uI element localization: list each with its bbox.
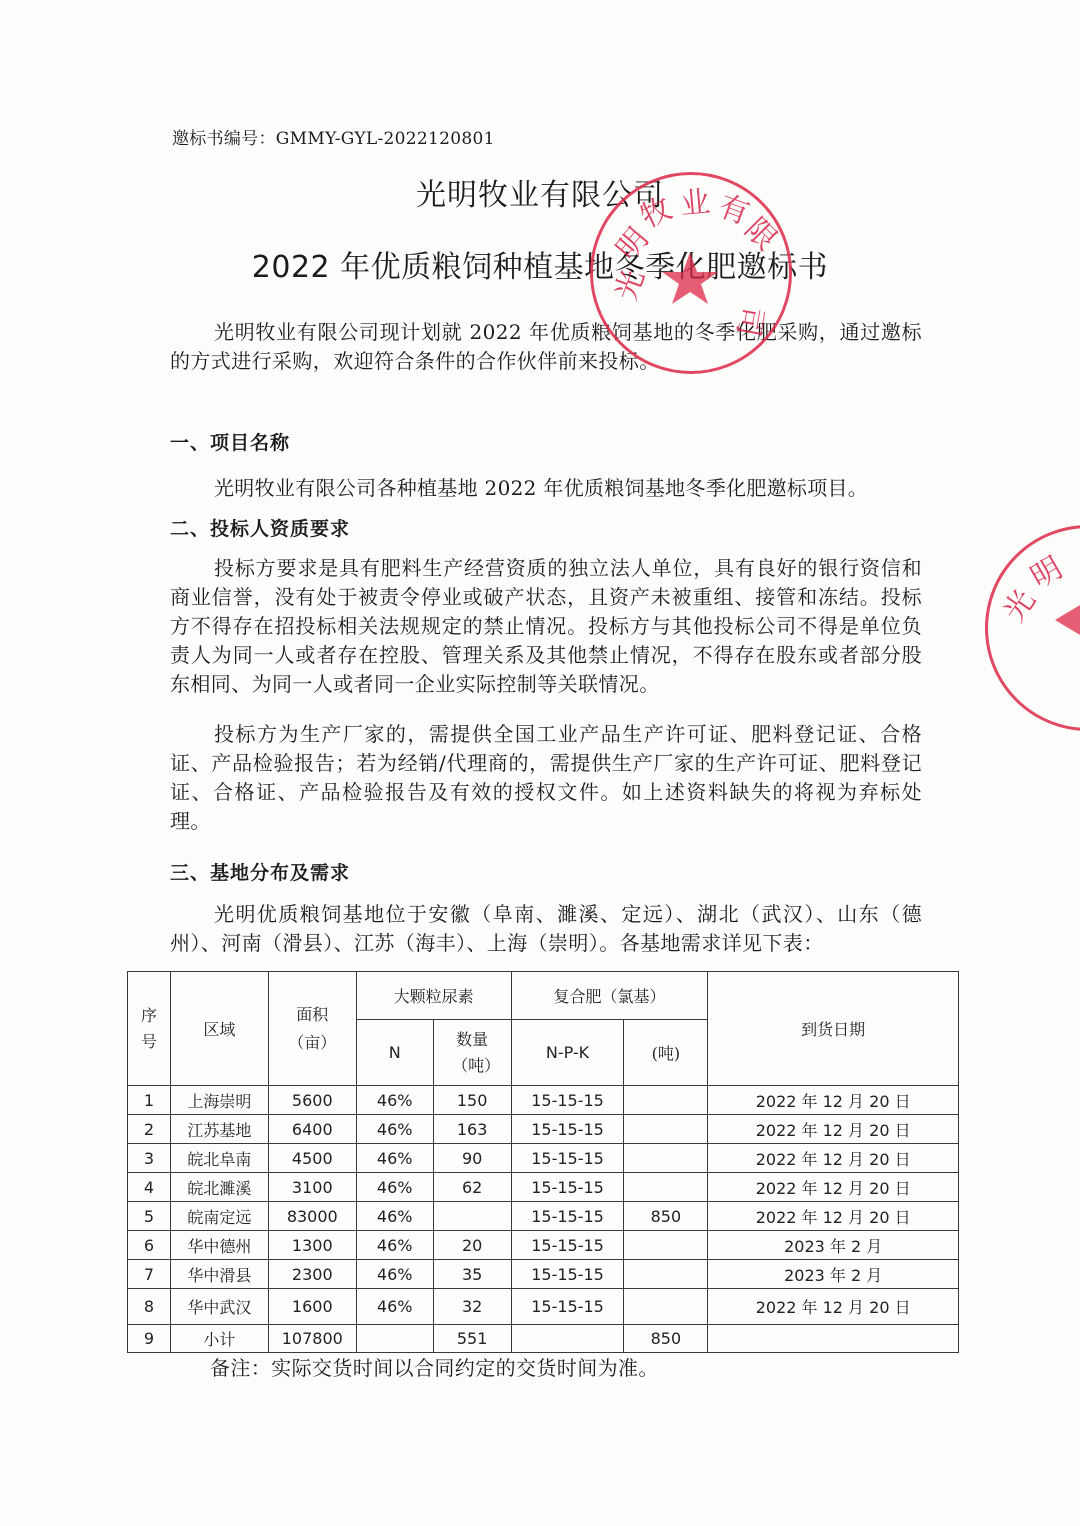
header-urea-group: 大颗粒尿素	[356, 972, 511, 1020]
cell-seq: 7	[128, 1260, 171, 1289]
section2-paragraph2: 投标方为生产厂家的，需提供全国工业产品生产许可证、肥料登记证、合格证、产品检验报…	[170, 720, 922, 836]
cell-seq: 5	[128, 1202, 171, 1231]
cell-region: 小计	[170, 1325, 268, 1353]
intro-paragraph: 光明牧业有限公司现计划就 2022 年优质粮饲基地的冬季化肥采购，通过邀标的方式…	[170, 318, 922, 376]
cell-qty	[433, 1202, 511, 1231]
cell-seq: 2	[128, 1115, 171, 1144]
header-compound-group: 复合肥（氯基）	[511, 972, 708, 1020]
seal-char: 业	[678, 177, 712, 223]
cell-seq: 3	[128, 1144, 171, 1173]
section2-heading: 二、投标人资质要求	[170, 514, 350, 541]
cell-area: 1300	[268, 1231, 356, 1260]
cell-region: 华中德州	[170, 1231, 268, 1260]
cell-area: 2300	[268, 1260, 356, 1289]
cell-seq: 9	[128, 1325, 171, 1353]
cell-npk: 15-15-15	[511, 1086, 624, 1115]
cell-date: 2022 年 12 月 20 日	[708, 1086, 959, 1115]
section1-heading: 一、项目名称	[170, 428, 290, 455]
cell-npk: 15-15-15	[511, 1202, 624, 1231]
cell-area: 1600	[268, 1289, 356, 1325]
cell-area: 3100	[268, 1173, 356, 1202]
cell-date: 2022 年 12 月 20 日	[708, 1115, 959, 1144]
cell-ton: 850	[624, 1325, 708, 1353]
cell-date: 2022 年 12 月 20 日	[708, 1173, 959, 1202]
cell-qty: 32	[433, 1289, 511, 1325]
cell-qty: 35	[433, 1260, 511, 1289]
cell-date	[708, 1325, 959, 1353]
header-region: 区域	[170, 972, 268, 1086]
cell-qty: 150	[433, 1086, 511, 1115]
cell-seq: 8	[128, 1289, 171, 1325]
table-row: 7 华中滑县 2300 46% 35 15-15-15 2023 年 2 月	[128, 1260, 959, 1289]
cell-n: 46%	[356, 1086, 433, 1115]
cell-n: 46%	[356, 1231, 433, 1260]
seal-char: 明	[1021, 543, 1069, 596]
cell-date: 2023 年 2 月	[708, 1260, 959, 1289]
cell-ton	[624, 1115, 708, 1144]
section2-paragraph1: 投标方要求是具有肥料生产经营资质的独立法人单位，具有良好的银行资信和商业信誉，没…	[170, 554, 922, 699]
cell-npk: 15-15-15	[511, 1173, 624, 1202]
table-row-subtotal: 9 小计 107800 551 850	[128, 1325, 959, 1353]
header-compound-npk: N-P-K	[511, 1020, 624, 1086]
cell-ton: 850	[624, 1202, 708, 1231]
cell-ton	[624, 1086, 708, 1115]
cell-date: 2022 年 12 月 20 日	[708, 1144, 959, 1173]
cell-area: 4500	[268, 1144, 356, 1173]
header-urea-n: N	[356, 1020, 433, 1086]
document-page: 邀标书编号：GMMY-GYL-2022120801 光明牧业有限公司 2022 …	[0, 0, 1080, 1526]
table-row: 4 皖北濉溪 3100 46% 62 15-15-15 2022 年 12 月 …	[128, 1173, 959, 1202]
cell-area: 83000	[268, 1202, 356, 1231]
cell-region: 皖北阜南	[170, 1144, 268, 1173]
cell-ton	[624, 1289, 708, 1325]
cell-qty: 163	[433, 1115, 511, 1144]
cell-seq: 4	[128, 1173, 171, 1202]
cell-date: 2022 年 12 月 20 日	[708, 1289, 959, 1325]
table-row: 3 皖北阜南 4500 46% 90 15-15-15 2022 年 12 月 …	[128, 1144, 959, 1173]
cell-n: 46%	[356, 1289, 433, 1325]
demand-table: 序号 区域 面积（亩） 大颗粒尿素 复合肥（氯基） 到货日期 N 数量（吨） N…	[127, 971, 959, 1353]
cell-region: 上海崇明	[170, 1086, 268, 1115]
cell-qty: 20	[433, 1231, 511, 1260]
cell-n: 46%	[356, 1202, 433, 1231]
cell-area: 6400	[268, 1115, 356, 1144]
cell-region: 皖北濉溪	[170, 1173, 268, 1202]
cell-region: 华中武汉	[170, 1289, 268, 1325]
cell-npk	[511, 1325, 624, 1353]
side-seal-star-icon	[1050, 600, 1080, 640]
cell-qty: 551	[433, 1325, 511, 1353]
seal-char: 光	[990, 579, 1043, 629]
header-delivery: 到货日期	[708, 972, 959, 1086]
section3-paragraph: 光明优质粮饲基地位于安徽（阜南、濉溪、定远）、湖北（武汉）、山东（德州）、河南（…	[170, 900, 922, 958]
cell-npk: 15-15-15	[511, 1289, 624, 1325]
cell-ton	[624, 1231, 708, 1260]
cell-seq: 1	[128, 1086, 171, 1115]
cell-region: 皖南定远	[170, 1202, 268, 1231]
header-compound-ton: (吨)	[624, 1020, 708, 1086]
cell-npk: 15-15-15	[511, 1115, 624, 1144]
cell-npk: 15-15-15	[511, 1144, 624, 1173]
cell-ton	[624, 1144, 708, 1173]
header-urea-qty: 数量（吨）	[433, 1020, 511, 1086]
table-row: 2 江苏基地 6400 46% 163 15-15-15 2022 年 12 月…	[128, 1115, 959, 1144]
cell-area: 107800	[268, 1325, 356, 1353]
cell-n: 46%	[356, 1115, 433, 1144]
header-seq: 序号	[128, 972, 171, 1086]
cell-area: 5600	[268, 1086, 356, 1115]
cell-qty: 90	[433, 1144, 511, 1173]
cell-date: 2022 年 12 月 20 日	[708, 1202, 959, 1231]
cell-n: 46%	[356, 1260, 433, 1289]
cell-npk: 15-15-15	[511, 1260, 624, 1289]
section1-text: 光明牧业有限公司各种植基地 2022 年优质粮饲基地冬季化肥邀标项目。	[214, 472, 868, 501]
cell-ton	[624, 1260, 708, 1289]
tender-reference-number: 邀标书编号：GMMY-GYL-2022120801	[172, 124, 495, 149]
cell-npk: 15-15-15	[511, 1231, 624, 1260]
table-row: 1 上海崇明 5600 46% 150 15-15-15 2022 年 12 月…	[128, 1086, 959, 1115]
cell-region: 江苏基地	[170, 1115, 268, 1144]
title-company: 光明牧业有限公司	[0, 170, 1080, 214]
title-main: 2022 年优质粮饲种植基地冬季化肥邀标书	[0, 242, 1080, 286]
table-note: 备注：实际交货时间以合同约定的交货时间为准。	[210, 1352, 659, 1381]
table-row: 5 皖南定远 83000 46% 15-15-15 850 2022 年 12 …	[128, 1202, 959, 1231]
cell-n: 46%	[356, 1144, 433, 1173]
cell-n	[356, 1325, 433, 1353]
cell-date: 2023 年 2 月	[708, 1231, 959, 1260]
cell-ton	[624, 1173, 708, 1202]
table-row: 6 华中德州 1300 46% 20 15-15-15 2023 年 2 月	[128, 1231, 959, 1260]
section3-heading: 三、基地分布及需求	[170, 858, 350, 885]
cell-region: 华中滑县	[170, 1260, 268, 1289]
cell-seq: 6	[128, 1231, 171, 1260]
cell-n: 46%	[356, 1173, 433, 1202]
header-area: 面积（亩）	[268, 972, 356, 1086]
cell-qty: 62	[433, 1173, 511, 1202]
table-row: 8 华中武汉 1600 46% 32 15-15-15 2022 年 12 月 …	[128, 1289, 959, 1325]
